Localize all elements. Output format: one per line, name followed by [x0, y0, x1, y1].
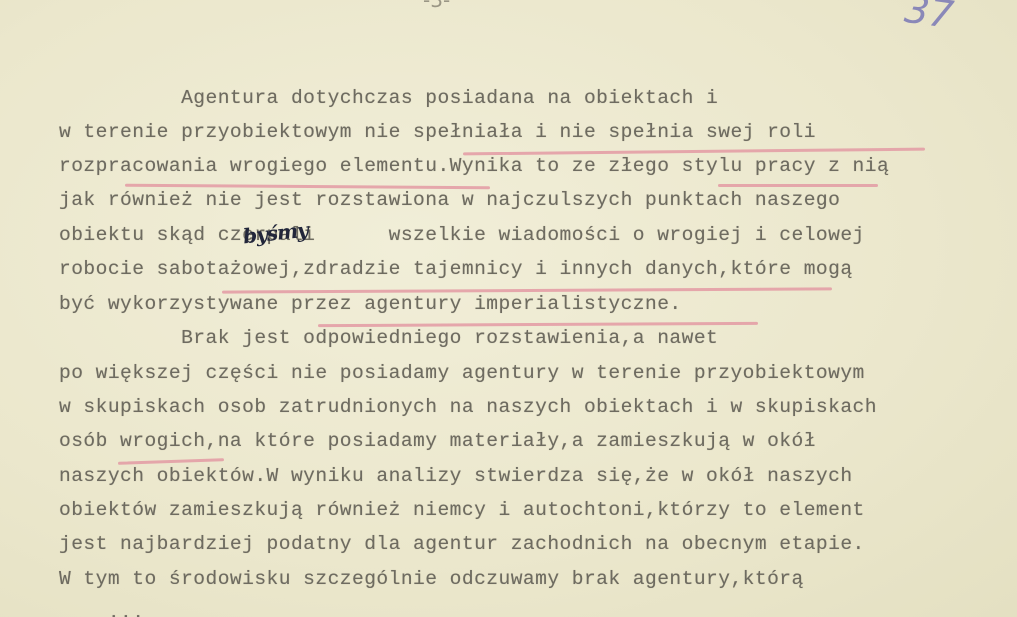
text-line: rozpracowania wrogiego elementu.Wynika t… — [59, 155, 889, 177]
text-line: osób wrogich,na które posiadamy materiał… — [59, 430, 816, 452]
text-line: być wykorzystywane przez agentury imperi… — [59, 293, 682, 315]
text-line: po większej części nie posiadamy agentur… — [59, 362, 865, 384]
handwritten-page-number: 37 — [902, 0, 956, 37]
text-line: robocie sabotażowej,zdradzie tajemnicy i… — [59, 258, 853, 280]
text-line: Agentura dotychczas posiadana na obiekta… — [59, 87, 718, 109]
underline-mark — [118, 458, 224, 465]
underline-mark — [718, 184, 878, 187]
text-line: W tym to środowisku szczególnie odczuwam… — [59, 568, 804, 590]
text-line: jest najbardziej podatny dla agentur zac… — [59, 533, 865, 555]
text-line: jak również nie jest rozstawiona w najcz… — [59, 189, 840, 211]
text-line: obiektu skąd czerpali wszelkie wiadomośc… — [59, 224, 865, 246]
text-line: obiektów zamieszkują również niemcy i au… — [59, 499, 865, 521]
text-line: w terenie przyobiektowym nie spełniała i… — [59, 121, 816, 143]
text-line: w skupiskach osob zatrudnionych na naszy… — [59, 396, 877, 418]
text-line: ... — [59, 602, 144, 617]
typewritten-page: -3- 37 Agentura dotychczas posiadana na … — [0, 0, 1017, 617]
text-line: naszych obiektów.W wyniku analizy stwier… — [59, 465, 853, 487]
text-line: Brak jest odpowiedniego rozstawienia,a n… — [59, 327, 718, 349]
top-page-mark: -3- — [423, 0, 450, 12]
